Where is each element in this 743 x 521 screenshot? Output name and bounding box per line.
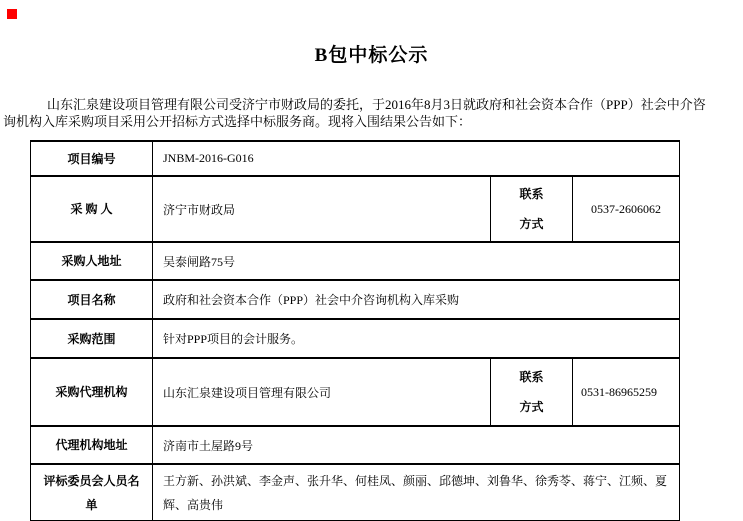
contact-method-label: 联系方式 bbox=[520, 179, 544, 239]
intro-paragraph: 山东汇泉建设项目管理有限公司受济宁市财政局的委托，于2016年8月3日就政府和社… bbox=[3, 96, 709, 130]
agency-address-value: 济南市土屋路9号 bbox=[153, 426, 680, 464]
project-number-label: 项目编号 bbox=[31, 141, 153, 176]
table-row-purchaser-address: 采购人地址 吴泰闸路75号 bbox=[31, 242, 680, 280]
agency-contact-label: 联系方式 bbox=[491, 358, 573, 426]
announcement-page: B包中标公示 山东汇泉建设项目管理有限公司受济宁市财政局的委托，于2016年8月… bbox=[0, 0, 743, 521]
page-title: B包中标公示 bbox=[0, 40, 743, 67]
contact-method-label: 联系方式 bbox=[520, 362, 544, 422]
table-row-agency-address: 代理机构地址 济南市土屋路9号 bbox=[31, 426, 680, 464]
project-name-value: 政府和社会资本合作（PPP）社会中介咨询机构入库采购 bbox=[153, 280, 680, 319]
purchase-scope-value: 针对PPP项目的会计服务。 bbox=[153, 319, 680, 358]
purchaser-contact-label: 联系方式 bbox=[491, 176, 573, 242]
table-row-purchase-scope: 采购范围 针对PPP项目的会计服务。 bbox=[31, 319, 680, 358]
announcement-table: 项目编号 JNBM-2016-G016 采 购 人 济宁市财政局 联系方式 05… bbox=[30, 140, 680, 521]
agency-label: 采购代理机构 bbox=[31, 358, 153, 426]
agency-address-label: 代理机构地址 bbox=[31, 426, 153, 464]
committee-members-value: 王方新、孙洪斌、李金声、张升华、何桂凤、颜丽、邱德坤、刘鲁华、徐秀苓、蒋宁、江频… bbox=[153, 464, 680, 521]
purchase-scope-label: 采购范围 bbox=[31, 319, 153, 358]
committee-label: 评标委员会人员名单 bbox=[31, 464, 153, 521]
table-row-agency: 采购代理机构 山东汇泉建设项目管理有限公司 联系方式 0531-86965259 bbox=[31, 358, 680, 426]
project-number-value: JNBM-2016-G016 bbox=[153, 141, 680, 176]
red-corner-mark bbox=[7, 9, 17, 19]
purchaser-value: 济宁市财政局 bbox=[153, 176, 491, 242]
table-row-project-number: 项目编号 JNBM-2016-G016 bbox=[31, 141, 680, 176]
project-name-label: 项目名称 bbox=[31, 280, 153, 319]
purchaser-address-value: 吴泰闸路75号 bbox=[153, 242, 680, 280]
table-row-committee: 评标委员会人员名单 王方新、孙洪斌、李金声、张升华、何桂凤、颜丽、邱德坤、刘鲁华… bbox=[31, 464, 680, 521]
purchaser-address-label: 采购人地址 bbox=[31, 242, 153, 280]
table-row-purchaser: 采 购 人 济宁市财政局 联系方式 0537-2606062 bbox=[31, 176, 680, 242]
purchaser-phone-value: 0537-2606062 bbox=[573, 176, 680, 242]
agency-value: 山东汇泉建设项目管理有限公司 bbox=[153, 358, 491, 426]
table-row-project-name: 项目名称 政府和社会资本合作（PPP）社会中介咨询机构入库采购 bbox=[31, 280, 680, 319]
purchaser-label: 采 购 人 bbox=[31, 176, 153, 242]
agency-phone-value: 0531-86965259 bbox=[573, 358, 680, 426]
